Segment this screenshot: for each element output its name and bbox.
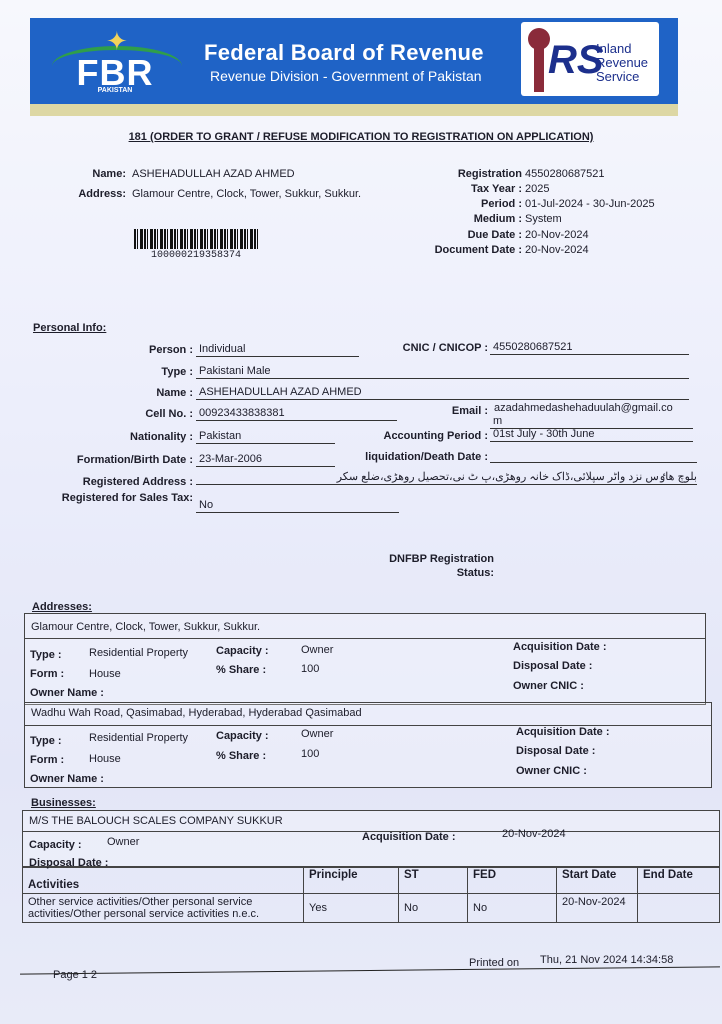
cell-label: Cell No. : [60,408,193,420]
addr2-share-value: 100 [301,748,319,760]
businesses-heading: Businesses: [31,797,96,809]
period-label: Period : [400,198,522,210]
col-fed: FED [468,867,557,894]
cell-st: No [399,894,468,923]
business-capacity-label: Capacity : [29,839,82,851]
irs-pillar-icon [528,28,550,92]
accounting-period-value: 01st July - 30th June [490,427,693,442]
addr1-form-value: House [89,668,121,680]
type-label: Type : [60,366,193,378]
birth-date-label: Formation/Birth Date : [40,454,193,466]
document-title: 181 (ORDER TO GRANT / REFUSE MODIFICATIO… [0,131,722,143]
cell-fed: No [468,894,557,923]
activities-header-row: Activities Principle ST FED Start Date E… [23,867,720,894]
address-value: Glamour Centre, Clock, Tower, Sukkur, Su… [132,188,361,200]
business-acq-value: 20-Nov-2024 [502,828,566,840]
activities-table: Activities Principle ST FED Start Date E… [22,866,720,923]
addr1-share-label: % Share : [216,664,266,676]
cell-start-date: 20-Nov-2024 [557,894,638,923]
irs-logo-text: Inland Revenue Service [596,42,648,84]
star-icon: ✦ [106,28,128,54]
addr1-acq-label: Acquisition Date : [513,641,607,653]
barcode-number: 100000219358374 [134,250,258,261]
person-label: Person : [60,344,193,356]
address-card-1-address: Glamour Centre, Clock, Tower, Sukkur, Su… [25,614,705,639]
addr2-type-value: Residential Property [89,732,188,744]
col-activities: Activities [23,867,304,894]
header-strip [30,104,678,116]
due-date-value: 20-Nov-2024 [525,229,589,241]
business-acq-label: Acquisition Date : [362,831,456,843]
addresses-heading: Addresses: [32,601,92,613]
addr2-form-label: Form : [30,754,64,766]
sales-tax-label: Registered for Sales Tax: [30,492,193,504]
cell-value: 00923433838381 [196,406,397,421]
addr2-disposal-label: Disposal Date : [516,745,595,757]
cell-principle: Yes [304,894,399,923]
fbr-logo-sub: PAKISTAN [60,87,170,94]
tax-year-value: 2025 [525,183,549,195]
type-value: Pakistani Male [196,364,689,379]
tax-year-label: Tax Year : [400,183,522,195]
accounting-period-label: Accounting Period : [340,430,488,442]
dnfbp-label: DNFBP Registration [360,553,494,565]
email-label: Email : [400,405,488,417]
registered-address-value: بلوچ ھاٶس نزد واٹر سپلائی،ڈاک خانہ روھڑی… [196,470,697,485]
name-label: Name: [60,168,126,180]
email-value-line1: azadahmedashehaduulah@gmail.co [494,402,673,414]
addr1-owner-name-label: Owner Name : [30,687,104,699]
cell-end-date [638,894,720,923]
addr2-capacity-label: Capacity : [216,730,269,742]
cell-activity: Other service activities/Other personal … [23,894,304,923]
cnic-value: 4550280687521 [490,340,689,355]
due-date-label: Due Date : [400,229,522,241]
addr1-capacity-value: Owner [301,644,333,656]
cnic-label: CNIC / CNICOP : [360,342,488,354]
registration-label: Registration [400,168,522,180]
addr2-acq-label: Acquisition Date : [516,726,610,738]
address-card-2: Wadhu Wah Road, Qasimabad, Hyderabad, Hy… [24,702,712,788]
death-date-value [490,448,697,463]
address-card-1: Glamour Centre, Clock, Tower, Sukkur, Su… [24,613,706,705]
col-principle: Principle [304,867,399,894]
personal-info-heading: Personal Info: [33,322,106,334]
addr1-share-value: 100 [301,663,319,675]
registered-address-label: Registered Address : [40,476,193,488]
printed-on-value: Thu, 21 Nov 2024 14:34:58 [540,954,673,966]
nationality-value: Pakistan [196,429,335,444]
addr1-type-value: Residential Property [89,647,188,659]
addr2-capacity-value: Owner [301,728,333,740]
addr2-share-label: % Share : [216,750,266,762]
footer-divider [20,966,720,974]
page-number: Page 1 2 [53,969,97,981]
address-card-2-address: Wadhu Wah Road, Qasimabad, Hyderabad, Hy… [25,703,711,726]
addr2-form-value: House [89,753,121,765]
medium-label: Medium : [400,213,522,225]
birth-date-value: 23-Mar-2006 [196,452,335,467]
col-st: ST [399,867,468,894]
addr1-disposal-label: Disposal Date : [513,660,592,672]
nationality-label: Nationality : [60,431,193,443]
printed-on-label: Printed on [469,957,519,969]
document-date-label: Document Date : [400,244,522,256]
name-value: ASHEHADULLAH AZAD AHMED [132,168,295,180]
medium-value: System [525,213,562,225]
registration-value: 4550280687521 [525,168,605,180]
addr1-capacity-label: Capacity : [216,645,269,657]
business-name: M/S THE BALOUCH SCALES COMPANY SUKKUR [23,811,719,832]
addr1-form-label: Form : [30,668,64,680]
barcode [134,229,258,249]
org-subtitle: Revenue Division - Government of Pakista… [210,68,482,84]
person-value: Individual [196,342,359,357]
business-capacity-value: Owner [107,836,139,848]
addr1-type-label: Type : [30,649,62,661]
col-end-date: End Date [638,867,720,894]
table-row: Other service activities/Other personal … [23,894,720,923]
personal-name-value: ASHEHADULLAH AZAD AHMED [196,385,689,400]
col-start-date: Start Date [557,867,638,894]
addr2-type-label: Type : [30,735,62,747]
period-value: 01-Jul-2024 - 30-Jun-2025 [525,198,655,210]
death-date-label: liquidation/Death Date : [340,451,488,463]
sales-tax-value: No [196,498,399,513]
document-date-value: 20-Nov-2024 [525,244,589,256]
org-title: Federal Board of Revenue [204,40,484,66]
dnfbp-status-label: Status: [360,567,494,579]
address-label: Address: [60,188,126,200]
addr1-owner-cnic-label: Owner CNIC : [513,680,584,692]
name-label-2: Name : [60,387,193,399]
addr2-owner-cnic-label: Owner CNIC : [516,765,587,777]
addr2-owner-name-label: Owner Name : [30,773,104,785]
